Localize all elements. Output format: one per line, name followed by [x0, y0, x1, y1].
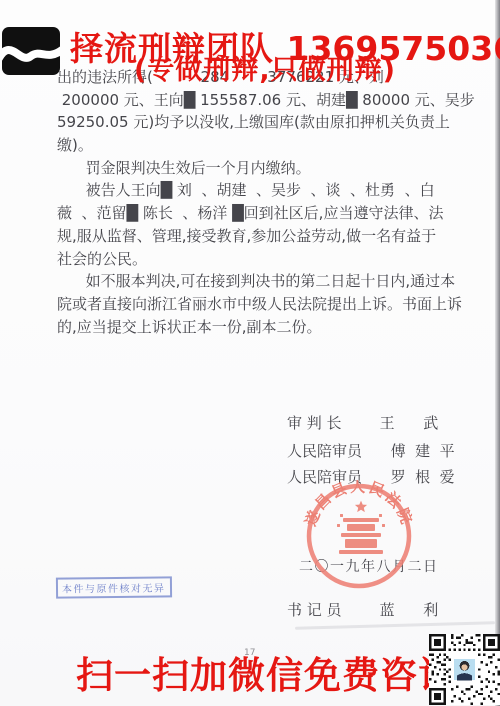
river-brand-logo-icon	[2, 27, 60, 75]
scan-edge-shadow	[495, 0, 500, 706]
judgment-body-text: 出的违法所得( 284 3776221 元、刘 200000 元、王向█ 155…	[57, 66, 487, 338]
ad-header-subtitle: (专做刑辩,只做刑辩)	[134, 48, 396, 87]
body-line: 罚金限判决生效后一个月内缴纳。	[57, 157, 487, 180]
ad-footer-text: 扫一扫加微信免费咨询	[76, 645, 456, 699]
body-line: 缴)。	[57, 134, 487, 157]
body-line: 院或者直接向浙江省丽水市中级人民法院提出上诉。书面上诉	[57, 293, 487, 316]
copy-verification-stamp: 本件与原件核对无异	[56, 576, 172, 598]
body-line: 社会的公民。	[57, 248, 487, 271]
national-emblem-icon	[337, 501, 385, 554]
qr-center-photo	[453, 658, 475, 680]
court-seal: 遂昌县人民法院	[303, 480, 415, 592]
clerk-signature: 书 记 员 蓝 利	[287, 599, 438, 620]
wechat-qr-code-icon	[429, 633, 500, 706]
juror-signature-1: 人民陪审员 傅 建 平	[287, 440, 455, 461]
body-line: 200000 元、王向█ 155587.06 元、胡建█ 80000 元、吴步	[57, 89, 487, 112]
body-line: 59250.05 元)均予以没收,上缴国库(款由原扣押机关负责上	[57, 111, 487, 134]
body-line: 如不服本判决,可在接到判决书的第二日起十日内,通过本	[57, 270, 487, 293]
body-line: 的,应当提交上诉状正本一份,副本二份。	[57, 316, 487, 339]
presiding-judge-signature: 审 判 长 王 武	[287, 412, 438, 433]
body-line: 被告人王向█ 刘 、胡建 、吴步 、谈 、杜勇 、白	[57, 179, 487, 202]
body-line: 薇 、范留█ 陈长 、杨洋 █回到社区后,应当遵守法律、法	[57, 202, 487, 225]
body-line: 规,服从监督、管理,接受教育,参加公益劳动,做一名有益于	[57, 225, 487, 248]
